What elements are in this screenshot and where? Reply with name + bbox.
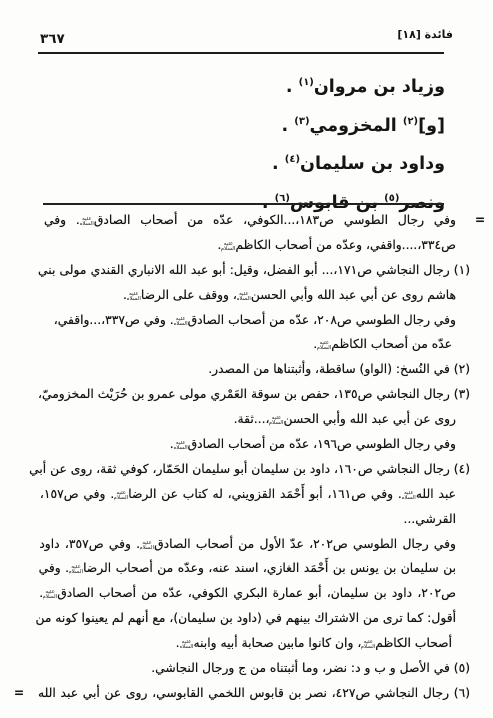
honorific-alayhis-salam-icon: عليه السلام (269, 416, 283, 426)
footnote-line: (٣) رجال النجاشي ص١٣٥، حفص بن سوقة العَم… (38, 382, 470, 407)
footnote-ref: (٥) (384, 193, 399, 204)
honorific-alayhis-salam-icon: عليه السلام (140, 541, 154, 551)
main-text-line: وداود بن سليمان(٤) . (40, 141, 445, 180)
honorific-alayhis-salam-icon: عليه السلام (174, 441, 188, 451)
footnote-ref: (٢) (403, 116, 418, 127)
honorific-alayhis-salam-icon: عليه السلام (237, 292, 251, 302)
header-rule (38, 52, 444, 54)
footnote-line: (٥) في الأصل و ب و د: نضر، وما أثبتناه م… (38, 656, 470, 681)
footnote-ref: (١) (299, 77, 314, 88)
footnote-line: (٢) في النُسخ: (الواو) ساقطة، وأثبتناها … (38, 357, 470, 382)
honorific-alayhis-salam-icon: عليه السلام (180, 640, 194, 650)
main-text-line: [و](٢) المخزومي(٣) . (40, 103, 445, 142)
footnote-line: ص٢٠٢، داود بن سليمان، أبو عمارة البكري ا… (38, 581, 470, 606)
footnote-line: وفي رجال الطوسي ص٢٠٢، عدّ الأول من أصحاب… (38, 532, 470, 557)
honorific-alayhis-salam-icon: عليه السلام (114, 491, 128, 501)
main-text-line: وزياد بن مروان(١) . (40, 64, 445, 103)
honorific-alayhis-salam-icon: عليه السلام (69, 565, 83, 575)
footnote-ref: (٦) (275, 193, 290, 204)
footnote-line: (٤) رجال النجاشي ص١٦٠، داود بن سليمان أب… (38, 457, 470, 482)
footnote-separator-rule (43, 203, 444, 205)
footnote-line: عبد اللهعليه السلام. وفي ص١٦١، أبو أَحْم… (38, 482, 470, 507)
footnote-line: هاشم روى عن أبي عبد الله وأبي الحسنعليه … (38, 283, 470, 308)
book-page: فائدة [١٨] ٣٦٧ وزياد بن مروان(١) .[و](٢)… (0, 0, 493, 718)
footnote-line: القرشي... (38, 507, 470, 532)
honorific-alayhis-salam-icon: عليه السلام (80, 217, 94, 227)
honorific-alayhis-salam-icon: عليه السلام (402, 491, 416, 501)
footnote-line: وفي رجال الطوسي ص١٨٣،...الكوفي، عدّه من … (38, 208, 470, 233)
footnote-ref: (٣) (294, 116, 309, 127)
honorific-alayhis-salam-icon: عليه السلام (174, 317, 188, 327)
honorific-alayhis-salam-icon: عليه السلام (43, 590, 57, 600)
page-number: ٣٦٧ (40, 31, 65, 47)
honorific-alayhis-salam-icon: عليه السلام (221, 242, 235, 252)
honorific-alayhis-salam-icon: عليه السلام (317, 341, 331, 351)
honorific-alayhis-salam-icon: عليه السلام (361, 640, 375, 650)
footnote-line: (٦) رجال النجاشي ص٤٢٧، نصر بن قابوس اللخ… (38, 681, 470, 706)
honorific-alayhis-salam-icon: عليه السلام (127, 292, 141, 302)
footnote-line: روى عن أبي عبد الله وأبي الحسنعليه السلا… (38, 407, 470, 432)
footnotes: وفي رجال الطوسي ص١٨٣،...الكوفي، عدّه من … (38, 208, 470, 706)
main-text: وزياد بن مروان(١) .[و](٢) المخزومي(٣) .و… (40, 64, 445, 218)
footnote-line: أصحاب الكاظمعليه السلام، وان كانوا مابين… (38, 631, 470, 656)
footnote-line: وفي رجال الطوسي ص١٩٦، عدّه من أصحاب الصا… (38, 432, 470, 457)
footnote-line: ص٣٣٤،....واقفي، وعدّه من أصحاب الكاظمعلي… (38, 233, 470, 258)
footnote-line: (١) رجال النجاشي ص١٧١،... أبو الفضل، وقي… (38, 258, 470, 283)
footnote-line: وفي رجال الطوسي ص٢٠٨، عدّه من أصحاب الصا… (38, 308, 470, 333)
page-header-title: فائدة [١٨] (397, 28, 453, 41)
footnote-ref: (٤) (285, 154, 300, 165)
footnote-line: أقول: كما ترى من الاشتراك بينهم في (داود… (38, 606, 470, 631)
footnote-line: عدّه من أصحاب الكاظمعليه السلام. (38, 332, 470, 357)
continuation-marker-right: = (475, 208, 485, 233)
continuation-marker-left: = (14, 681, 24, 706)
footnote-line: بن سليمان بن يونس بن أَحْمَد الغازي، اسن… (38, 556, 470, 581)
